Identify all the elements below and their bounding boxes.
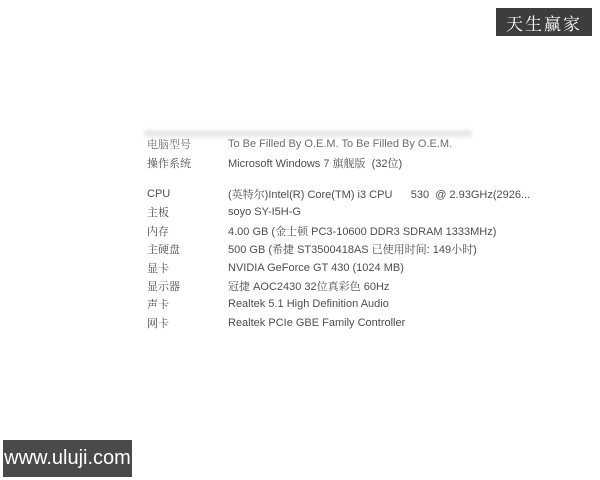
table-row-computer-model: 电脑型号 To Be Filled By O.E.M. To Be Filled… — [147, 135, 567, 153]
table-row-cpu: CPU (英特尔)Intel(R) Core(TM) i3 CPU 530 @ … — [147, 185, 567, 203]
row-value: Realtek PCIe GBE Family Controller — [228, 317, 405, 329]
table-row-graphics-card: 显卡 NVIDIA GeForce GT 430 (1024 MB) — [147, 258, 567, 276]
table-row-memory: 内存 4.00 GB (金士顿 PC3-10600 DDR3 SDRAM 133… — [147, 222, 567, 240]
row-label: 主硬盘 — [147, 241, 228, 257]
row-label: 电脑型号 — [147, 136, 228, 152]
table-row-operating-system: 操作系统 Microsoft Windows 7 旗舰版 (32位) — [147, 153, 567, 171]
row-value: (英特尔)Intel(R) Core(TM) i3 CPU 530 @ 2.93… — [228, 186, 530, 202]
row-value: Realtek 5.1 High Definition Audio — [228, 298, 389, 310]
table-row-monitor: 显示器 冠捷 AOC2430 32位真彩色 60Hz — [147, 277, 567, 295]
row-label: CPU — [147, 188, 228, 200]
watermark-top-text: 天生赢家 — [506, 10, 582, 35]
row-value: Microsoft Windows 7 旗舰版 (32位) — [228, 155, 402, 171]
watermark-bottom-text: www.uluji.com — [4, 447, 131, 470]
row-label: 显示器 — [147, 278, 228, 294]
table-row-hard-disk: 主硬盘 500 GB (希捷 ST3500418AS 已使用时间: 149小时) — [147, 240, 567, 258]
table-row-motherboard: 主板 soyo SY-I5H-G — [147, 203, 567, 221]
row-value: 冠捷 AOC2430 32位真彩色 60Hz — [228, 278, 389, 294]
watermark-badge-top: 天生赢家 — [496, 8, 592, 36]
row-value: NVIDIA GeForce GT 430 (1024 MB) — [228, 262, 404, 274]
row-value: soyo SY-I5H-G — [228, 206, 301, 218]
row-label: 内存 — [147, 223, 228, 239]
watermark-badge-bottom: www.uluji.com — [3, 440, 132, 477]
table-row-sound-card: 声卡 Realtek 5.1 High Definition Audio — [147, 295, 567, 313]
section-spacer — [147, 172, 567, 185]
row-label: 网卡 — [147, 315, 228, 331]
row-value: To Be Filled By O.E.M. To Be Filled By O… — [228, 138, 452, 150]
row-label: 显卡 — [147, 260, 228, 276]
row-value: 500 GB (希捷 ST3500418AS 已使用时间: 149小时) — [228, 241, 477, 257]
row-label: 操作系统 — [147, 155, 228, 171]
row-label: 主板 — [147, 204, 228, 220]
row-label: 声卡 — [147, 296, 228, 312]
row-value: 4.00 GB (金士顿 PC3-10600 DDR3 SDRAM 1333MH… — [228, 223, 496, 239]
system-info-table: 电脑型号 To Be Filled By O.E.M. To Be Filled… — [147, 135, 567, 332]
table-row-network-card: 网卡 Realtek PCIe GBE Family Controller — [147, 314, 567, 332]
